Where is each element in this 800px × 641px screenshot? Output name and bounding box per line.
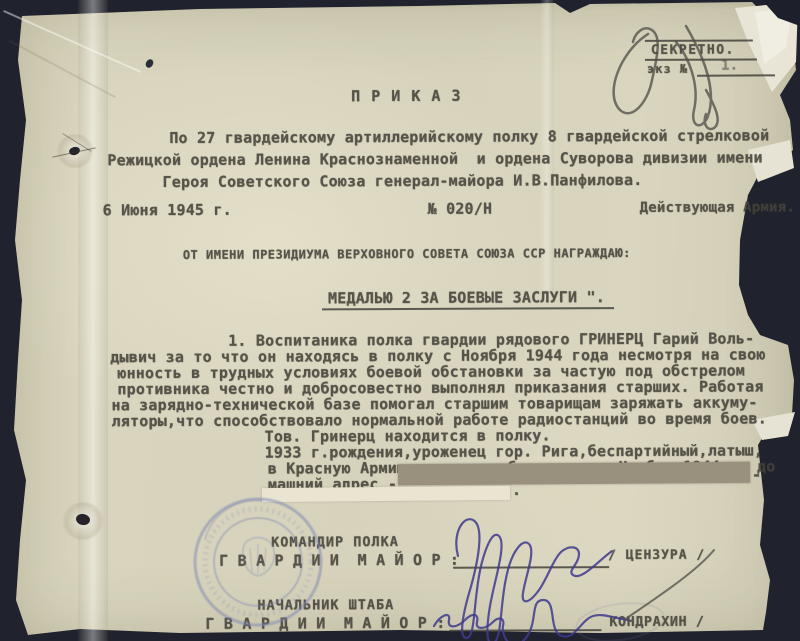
secret-label: СЕКРЕТНО.	[651, 43, 735, 58]
typed-text-layer: СЕКРЕТНО. экз № 1. П Р И К А З По 27 гва…	[0, 0, 800, 641]
chief-role: НАЧАЛЬНИК ШТАБА	[257, 597, 394, 614]
medal-underline	[322, 307, 614, 310]
typed-overline	[645, 39, 753, 41]
redaction-trailing-dash: -	[752, 466, 761, 484]
censored-name: / ЦЕНЗУРА /	[608, 548, 705, 563]
redaction-trailing-dot: .	[512, 481, 521, 499]
redaction-bar-dark	[398, 462, 750, 485]
typed-underline	[645, 58, 757, 60]
signature-line	[449, 629, 601, 631]
chief-rank: Г В А Р Д И И М А Й О Р :	[205, 614, 445, 633]
typed-underline	[697, 74, 775, 76]
chief-name: КОНДРАХИН /	[609, 614, 704, 630]
order-number: № 020/Н	[428, 200, 493, 218]
order-date: 6 Июня 1945 г.	[103, 201, 232, 220]
army-note: Действующая Армия.	[640, 199, 795, 216]
medal-line: МЕДАЛЬЮ 2 ЗА БОЕВЫЕ ЗАСЛУГИ ".	[328, 288, 605, 307]
preamble-line-1: По 27 гвардейскому артиллерийскому полку…	[169, 126, 769, 147]
copy-number: 1.	[721, 58, 738, 74]
preamble-line-3: Героя Советского Союза генерал-майора И.…	[162, 171, 642, 191]
award-intro: ОТ ИМЕНИ ПРЕЗИДИУМА ВЕРХОВНОГО СОВЕТА СО…	[183, 246, 631, 262]
commander-rank: Г В А Р Д И И М А Й О Р :	[219, 551, 459, 570]
preamble-line-2: Режицкой ордена Ленина Краснознаменной и…	[107, 148, 762, 169]
commander-role: КОМАНДИР ПОЛКА	[271, 534, 399, 551]
scanned-document: СЕКРЕТНО. экз № 1. П Р И К А З По 27 гва…	[0, 0, 800, 641]
order-title: П Р И К А З	[351, 87, 461, 105]
copy-label: экз №	[647, 62, 688, 76]
redaction-bar-light	[262, 486, 510, 502]
signature-line	[453, 566, 609, 568]
